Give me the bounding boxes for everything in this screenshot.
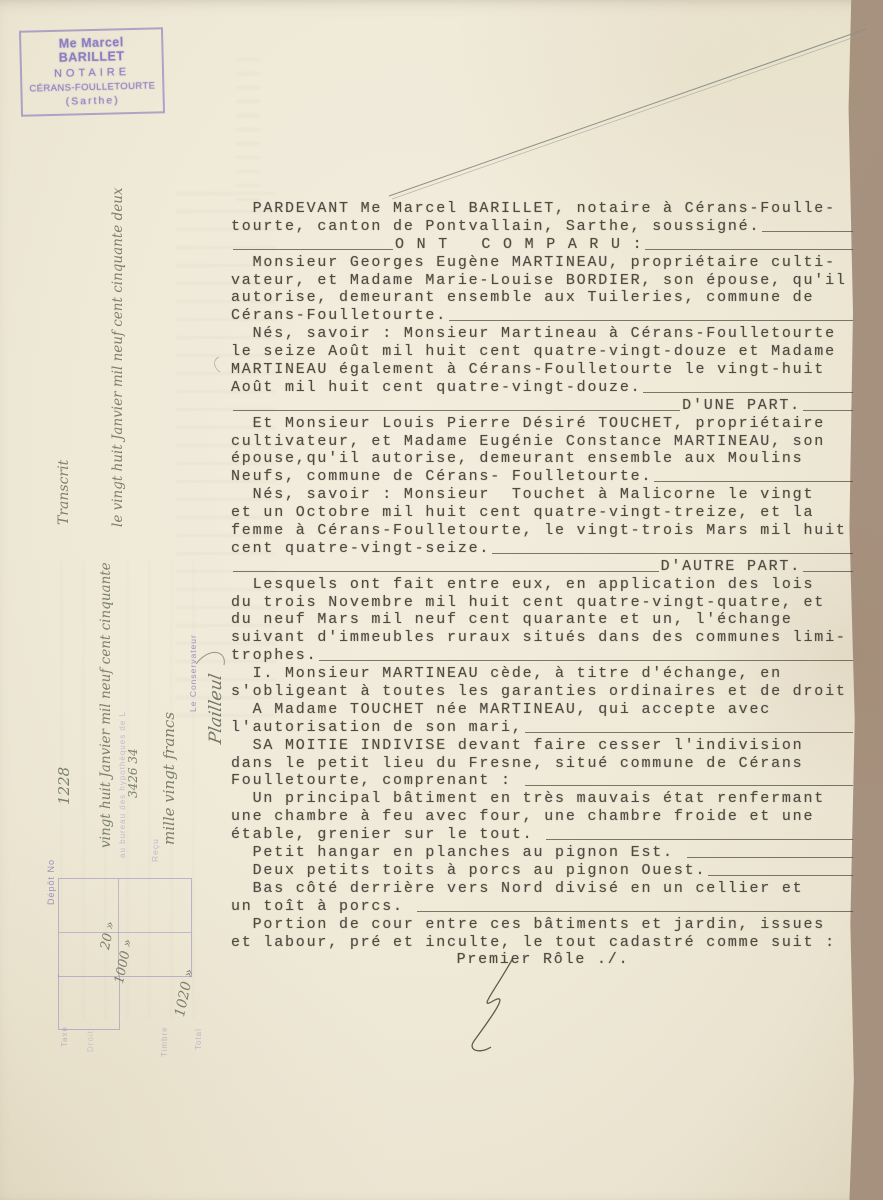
conservator-signature: Plailleul bbox=[206, 672, 226, 745]
document-line: s'obligeant à toutes les garanties ordin… bbox=[231, 683, 855, 701]
registry-stamp-depot-label: Dépôt No bbox=[46, 859, 56, 905]
document-line: une chambre à feu avec four, une chambre… bbox=[231, 808, 855, 826]
registry-stamp-bureau-line: au bureau des hypothèques de L bbox=[118, 711, 127, 858]
document-line: épouse,qu'il autorise, demeurant ensembl… bbox=[231, 450, 855, 468]
document-line: Neufs, commune de Cérans- Foulletourte. bbox=[231, 468, 855, 486]
document-line: suivant d'immeubles ruraux situés dans d… bbox=[231, 629, 855, 647]
document-line: PARDEVANT Me Marcel BARILLET, notaire à … bbox=[231, 200, 855, 218]
document-line: autorise, demeurant ensemble aux Tuileri… bbox=[231, 289, 855, 307]
document-line: Premier Rôle ./. bbox=[231, 951, 855, 969]
document-line: Août mil huit cent quatre-vingt-douze. bbox=[231, 379, 855, 397]
scanned-notarial-deed: { "colors":{"paper":"#efe9d8","backing":… bbox=[0, 0, 883, 1200]
stamp-title: NOTAIRE bbox=[26, 65, 158, 80]
margin-handwriting-date: le vingt huit Janvier mil neuf cent cinq… bbox=[110, 187, 126, 527]
stamp-town: CÉRANS-FOULLETOURTE bbox=[26, 80, 158, 94]
typewritten-text: PARDEVANT Me Marcel BARILLET, notaire à … bbox=[231, 200, 855, 969]
document-line: et labour, pré et inculte, le tout cadas… bbox=[231, 934, 855, 952]
document-line: MARTINEAU également à Cérans-Foulletourt… bbox=[231, 361, 855, 379]
document-line: Nés, savoir : Monsieur Touchet à Malicor… bbox=[231, 486, 855, 504]
document-line: du neuf Mars mil neuf cent quarante et u… bbox=[231, 611, 855, 629]
document-line: Monsieur Georges Eugène MARTINEAU, propr… bbox=[231, 254, 855, 272]
document-line: vateur, et Madame Marie-Louise BORDIER, … bbox=[231, 272, 855, 290]
document-line: Petit hangar en planches au pignon Est. bbox=[231, 844, 855, 862]
registry-stamp-conservator-label: Le Conservateur bbox=[188, 634, 198, 712]
document-line: cent quatre-vingt-seize. bbox=[231, 540, 855, 558]
margin-handwriting-volume: 3426 34 bbox=[126, 748, 140, 798]
document-line: I. Monsieur MARTINEAU cède, à titre d'éc… bbox=[231, 665, 855, 683]
document-line: SA MOITIE INDIVISE devant faire cesser l… bbox=[231, 737, 855, 755]
document-line: l'autorisation de son mari, bbox=[231, 719, 855, 737]
document-line: Lesquels ont fait entre eux, en applicat… bbox=[231, 576, 855, 594]
document-line: femme à Cérans-Foulletourte, le vingt-tr… bbox=[231, 522, 855, 540]
fee-label-total: Total bbox=[194, 1028, 203, 1050]
document-line: Et Monsieur Louis Pierre Désiré TOUCHET,… bbox=[231, 415, 855, 433]
registry-stamp-recu-label: Reçu bbox=[150, 838, 160, 862]
document-line: un toît à porcs. bbox=[231, 898, 855, 916]
document-line: A Madame TOUCHET née MARTINEAU, qui acce… bbox=[231, 701, 855, 719]
document-line: trophes. bbox=[231, 647, 855, 665]
document-line: Deux petits toits à porcs au pignon Oues… bbox=[231, 862, 855, 880]
registry-depot-number: 1228 bbox=[55, 767, 73, 805]
fee-label-droit: Droit bbox=[86, 1030, 95, 1052]
notary-office-stamp: Me Marcel BARILLET NOTAIRE CÉRANS-FOULLE… bbox=[19, 27, 165, 116]
document-line: Bas côté derrière vers Nord divisé en un… bbox=[231, 880, 855, 898]
document-line: Un principal bâtiment en très mauvais ét… bbox=[231, 790, 855, 808]
margin-handwriting-fee: mille vingt francs bbox=[160, 712, 178, 845]
document-line: tourte, canton de Pontvallain, Sarthe, s… bbox=[231, 218, 855, 236]
fee-table-stamp-extension bbox=[58, 975, 120, 1030]
fee-label-taxe: Taxe bbox=[60, 1026, 69, 1047]
document-line: Cérans-Foulletourte. bbox=[231, 307, 855, 325]
document-line: D'UNE PART. bbox=[231, 397, 855, 415]
document-line: cultivateur, et Madame Eugénie Constance… bbox=[231, 433, 855, 451]
document-line: et un Octobre mil huit cent quatre-vingt… bbox=[231, 504, 855, 522]
margin-handwriting-date: vingt huit Janvier mil neuf cent cinquan… bbox=[98, 562, 114, 848]
stamp-notary-name: Me Marcel BARILLET bbox=[25, 34, 158, 65]
document-line: le seize Août mil huit cent quatre-vingt… bbox=[231, 343, 855, 361]
margin-handwriting-transcription: Transcrit bbox=[56, 460, 72, 525]
document-line: Portion de cour entre ces bâtiments et j… bbox=[231, 916, 855, 934]
document-line: Foulletourte, comprenant : bbox=[231, 773, 855, 791]
document-line: dans le petit lieu du Fresne, situé comm… bbox=[231, 755, 855, 773]
document-line: D'AUTRE PART. bbox=[231, 558, 855, 576]
document-line: étable, grenier sur le tout. bbox=[231, 826, 855, 844]
document-line: du trois Novembre mil huit cent quatre-v… bbox=[231, 594, 855, 612]
fee-label-timbre: Timbre bbox=[160, 1026, 169, 1057]
document-line: O N T C O M P A R U : bbox=[231, 236, 855, 254]
document-line: Nés, savoir : Monsieur Martineau à Céran… bbox=[231, 325, 855, 343]
stamp-department: (Sarthe) bbox=[27, 93, 159, 108]
